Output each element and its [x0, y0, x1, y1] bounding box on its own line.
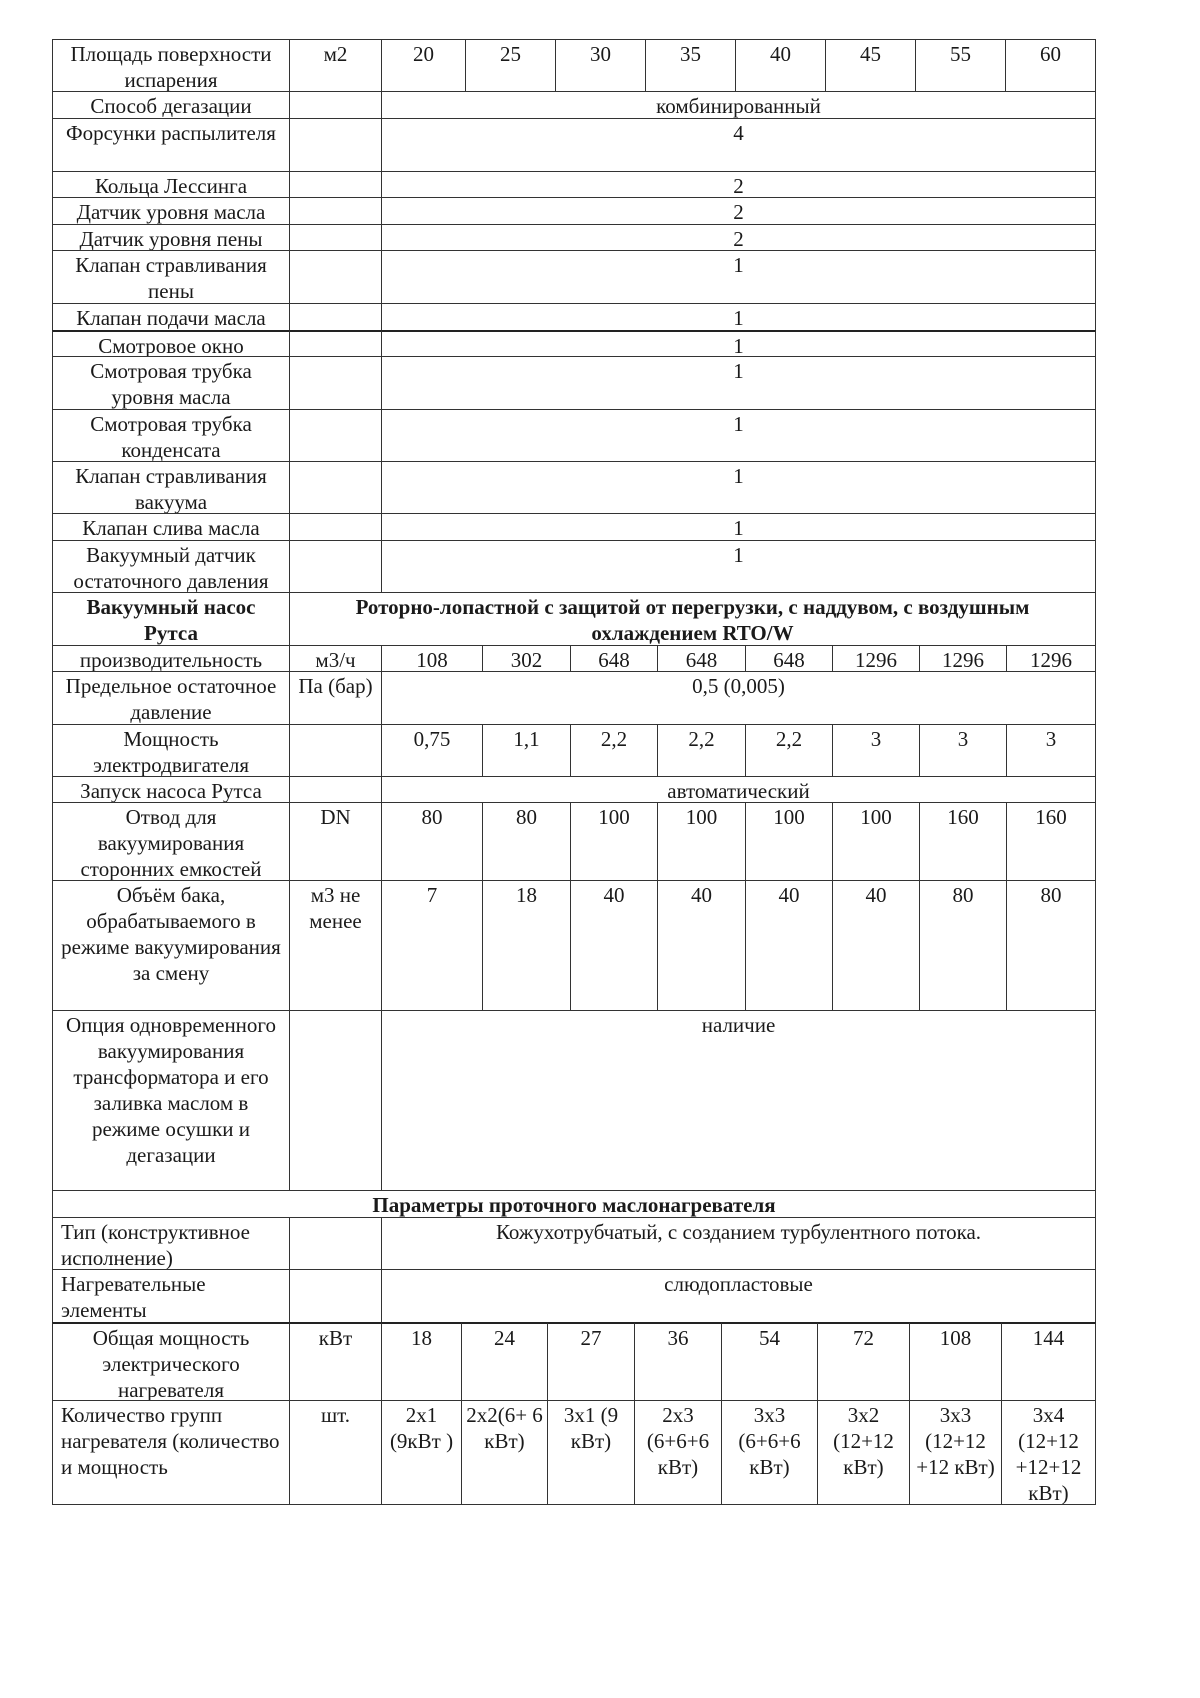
row-unit [289, 330, 382, 357]
value-cell: 2x2(6+ 6 кВт) [461, 1400, 548, 1505]
value-cell: 18 [482, 880, 571, 1011]
value-cell: 30 [555, 39, 646, 92]
value-cell: 3x4 (12+12 +12+12 кВт) [1001, 1400, 1096, 1505]
row-label: Количество групп нагревателя (количество… [52, 1400, 290, 1505]
row-unit: шт. [289, 1400, 382, 1505]
value-cell: 3x3 (12+12 +12 кВт) [909, 1400, 1002, 1505]
merged-value-cell: комбинированный [381, 91, 1096, 119]
value-cell: 80 [1006, 880, 1096, 1011]
value-cell: 2x1 (9кВт ) [381, 1400, 462, 1505]
row-unit: м3/ч [289, 645, 382, 672]
merged-value-cell: 1 [381, 303, 1096, 331]
value-cell: 3x2 (12+12 кВт) [817, 1400, 910, 1505]
row-unit [289, 118, 382, 172]
value-cell: 160 [919, 802, 1007, 881]
merged-value-cell: 1 [381, 409, 1096, 462]
value-cell: 3 [832, 724, 920, 777]
row-unit: DN [289, 802, 382, 881]
value-cell: 302 [482, 645, 571, 672]
row-unit [289, 776, 382, 803]
value-cell: 45 [825, 39, 916, 92]
row-unit [289, 1010, 382, 1191]
value-cell: 40 [570, 880, 658, 1011]
row-unit [289, 303, 382, 331]
value-cell: 1296 [919, 645, 1007, 672]
value-cell: 7 [381, 880, 483, 1011]
value-cell: 144 [1001, 1322, 1096, 1401]
value-cell: 40 [735, 39, 826, 92]
value-cell: 0,75 [381, 724, 483, 777]
row-unit [289, 1217, 382, 1270]
value-cell: 54 [721, 1322, 818, 1401]
value-cell: 80 [919, 880, 1007, 1011]
row-unit [289, 171, 382, 198]
value-cell: 1296 [1006, 645, 1096, 672]
merged-value-cell: 0,5 (0,005) [381, 671, 1096, 725]
value-cell: 1296 [832, 645, 920, 672]
value-cell: 648 [657, 645, 746, 672]
row-label: Смотровая трубка уровня масла [52, 356, 290, 410]
merged-value-cell: Кожухотрубчатый, с созданием турбулентно… [381, 1217, 1096, 1270]
row-unit [289, 250, 382, 304]
row-label: производительность [52, 645, 290, 672]
row-label: Смотровое окно [52, 330, 290, 357]
value-cell: 2x3 (6+6+6 кВт) [634, 1400, 722, 1505]
row-unit [289, 724, 382, 777]
value-cell: 3 [1006, 724, 1096, 777]
value-cell: 100 [745, 802, 833, 881]
value-cell: 40 [745, 880, 833, 1011]
row-unit: м3 не менее [289, 880, 382, 1011]
value-cell: 3x3 (6+6+6 кВт) [721, 1400, 818, 1505]
row-label: Клапан стравливания пены [52, 250, 290, 304]
row-label: Смотровая трубка конденсата [52, 409, 290, 462]
value-cell: 80 [482, 802, 571, 881]
value-cell: 40 [657, 880, 746, 1011]
value-cell: 100 [570, 802, 658, 881]
row-unit [289, 356, 382, 410]
value-cell: 2,2 [570, 724, 658, 777]
row-unit [289, 91, 382, 119]
row-unit: Па (бар) [289, 671, 382, 725]
value-cell: 80 [381, 802, 483, 881]
value-cell: 40 [832, 880, 920, 1011]
merged-value-cell: 2 [381, 197, 1096, 225]
row-unit: кВт [289, 1322, 382, 1401]
section-title: Параметры проточного маслонагревателя [52, 1190, 1096, 1218]
row-label: Клапан стравливания вакуума [52, 461, 290, 514]
row-label: Мощность электродвигателя [52, 724, 290, 777]
value-cell: 108 [381, 645, 483, 672]
value-cell: 1,1 [482, 724, 571, 777]
value-cell: 36 [634, 1322, 722, 1401]
row-unit [289, 540, 382, 593]
value-cell: 60 [1005, 39, 1096, 92]
merged-value-cell: 1 [381, 250, 1096, 304]
value-cell: 27 [547, 1322, 635, 1401]
value-cell: 18 [381, 1322, 462, 1401]
merged-value-cell: 2 [381, 171, 1096, 198]
row-unit: м2 [289, 39, 382, 92]
row-unit [289, 197, 382, 225]
row-label: Запуск насоса Рутса [52, 776, 290, 803]
merged-value-cell: 1 [381, 356, 1096, 410]
row-label: Тип (конструктивное исполнение) [52, 1217, 290, 1270]
row-label: Клапан подачи масла [52, 303, 290, 331]
merged-value-cell: 4 [381, 118, 1096, 172]
merged-value-cell: 1 [381, 540, 1096, 593]
value-cell: 108 [909, 1322, 1002, 1401]
row-label: Кольца Лессинга [52, 171, 290, 198]
row-label: Опция одновременного вакуумирования тран… [52, 1010, 290, 1191]
merged-value-cell: автоматический [381, 776, 1096, 803]
row-unit [289, 461, 382, 514]
merged-value-cell: 1 [381, 330, 1096, 357]
row-label: Способ дегазации [52, 91, 290, 119]
row-label: Объём бака, обрабатываемого в режиме вак… [52, 880, 290, 1011]
row-label: Клапан слива масла [52, 513, 290, 541]
value-cell: 3x1 (9 кВт) [547, 1400, 635, 1505]
row-label: Предельное остаточное давление [52, 671, 290, 725]
value-cell: 648 [745, 645, 833, 672]
value-cell: 3 [919, 724, 1007, 777]
value-cell: 648 [570, 645, 658, 672]
row-label: Общая мощность электрического нагревател… [52, 1322, 290, 1401]
row-unit [289, 409, 382, 462]
merged-value-cell: наличие [381, 1010, 1096, 1191]
value-cell: 20 [381, 39, 466, 92]
value-cell: 35 [645, 39, 736, 92]
value-cell: 24 [461, 1322, 548, 1401]
row-label: Отвод для вакуумирования сторонних емкос… [52, 802, 290, 881]
value-cell: 25 [465, 39, 556, 92]
spec-table: Площадь поверхности испарениям2202530354… [0, 0, 1200, 1698]
section-header-label: Вакуумный насос Рутса [52, 592, 290, 646]
row-label: Датчик уровня масла [52, 197, 290, 225]
row-label: Форсунки распылителя [52, 118, 290, 172]
value-cell: 160 [1006, 802, 1096, 881]
merged-value-cell: слюдопластовые [381, 1269, 1096, 1323]
value-cell: 100 [657, 802, 746, 881]
section-header-value: Роторно-лопастной с защитой от перегрузк… [289, 592, 1096, 646]
row-unit [289, 513, 382, 541]
merged-value-cell: 2 [381, 224, 1096, 251]
merged-value-cell: 1 [381, 513, 1096, 541]
row-label: Вакуумный датчик остаточного давления [52, 540, 290, 593]
value-cell: 100 [832, 802, 920, 881]
value-cell: 72 [817, 1322, 910, 1401]
merged-value-cell: 1 [381, 461, 1096, 514]
row-label: Площадь поверхности испарения [52, 39, 290, 92]
row-unit [289, 224, 382, 251]
row-unit [289, 1269, 382, 1323]
row-label: Нагревательные элементы [52, 1269, 290, 1323]
value-cell: 2,2 [745, 724, 833, 777]
value-cell: 2,2 [657, 724, 746, 777]
value-cell: 55 [915, 39, 1006, 92]
row-label: Датчик уровня пены [52, 224, 290, 251]
